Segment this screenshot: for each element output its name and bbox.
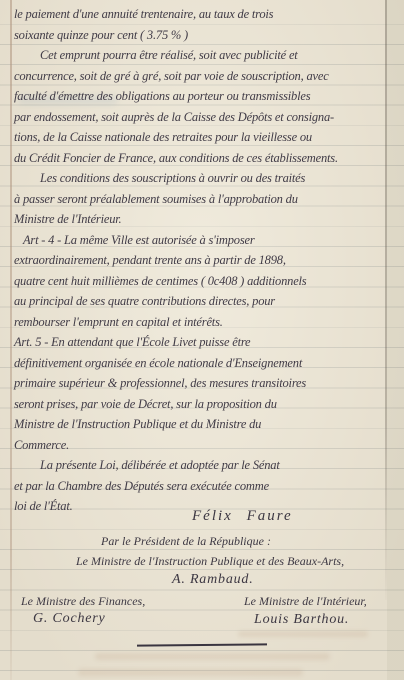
ink-bleedthrough xyxy=(78,669,303,676)
manuscript-line: La présente Loi, délibérée et adoptée pa… xyxy=(14,455,386,476)
manuscript-line: seront prises, par voie de Décret, sur l… xyxy=(14,394,386,415)
manuscript-body: le paiement d'une annuité trentenaire, a… xyxy=(14,4,386,517)
manuscript-line: par endossement, soit auprès de la Caiss… xyxy=(14,107,386,128)
manuscript-line: Cet emprunt pourra être réalisé, soit av… xyxy=(14,45,386,66)
ink-bleedthrough xyxy=(95,653,330,660)
manuscript-line: du Crédit Foncier de France, aux conditi… xyxy=(14,148,386,169)
manuscript-line: extraordinairement, pendant trente ans à… xyxy=(14,250,386,271)
signature-minister-instruction-name: A. Rambaud. xyxy=(172,572,254,588)
manuscript-line: Ministre de l'Intérieur. xyxy=(14,209,386,230)
manuscript-line: Les conditions des souscriptions à ouvri… xyxy=(14,168,386,189)
manuscript-line-article-4: Art - 4 - La même Ville est autorisée à … xyxy=(14,230,386,251)
signature-minister-instruction-title: Le Ministre de l'Instruction Publique et… xyxy=(76,554,344,569)
manuscript-line: à passer seront préalablement soumises à… xyxy=(14,189,386,210)
manuscript-line-article-5: Art. 5 - En attendant que l'École Livet … xyxy=(14,332,386,353)
manuscript-line: Commerce. xyxy=(14,435,386,456)
manuscript-line: Ministre de l'Instruction Publique et du… xyxy=(14,414,386,435)
manuscript-line: au principal de ses quatre contributions… xyxy=(14,291,386,312)
manuscript-line: rembourser l'emprunt en capital et intér… xyxy=(14,312,386,333)
signature-president-caption: Par le Président de la République : xyxy=(101,534,271,549)
signature-president-name: Félix Faure xyxy=(192,508,293,525)
manuscript-line: le paiement d'une annuité trentenaire, a… xyxy=(14,4,386,25)
signature-minister-finances-name: G. Cochery xyxy=(33,611,106,627)
manuscript-line: faculté d'émettre des obligations au por… xyxy=(14,86,386,107)
manuscript-line: tions, de la Caisse nationale des retrai… xyxy=(14,127,386,148)
left-margin-line xyxy=(10,0,12,680)
right-edge-shade xyxy=(387,0,404,680)
manuscript-line: et par la Chambre des Députés sera exécu… xyxy=(14,476,386,497)
manuscript-line: primaire supérieur & professionnel, des … xyxy=(14,373,386,394)
ink-bleedthrough xyxy=(238,631,368,637)
manuscript-line: définitivement organisée en école nation… xyxy=(14,353,386,374)
manuscript-page: { "paper": { "background_color": "#ebe5d… xyxy=(0,0,404,680)
signature-minister-interior-title: Le Ministre de l'Intérieur, xyxy=(244,594,367,609)
manuscript-line: quatre cent huit millièmes de centimes (… xyxy=(14,271,386,292)
manuscript-line: concurrence, soit de gré à gré, soit par… xyxy=(14,66,386,87)
signature-minister-finances-title: Le Ministre des Finances, xyxy=(21,594,145,609)
signature-minister-interior-name: Louis Barthou. xyxy=(254,612,349,628)
manuscript-line: soixante quinze pour cent ( 3.75 % ) xyxy=(14,25,386,46)
